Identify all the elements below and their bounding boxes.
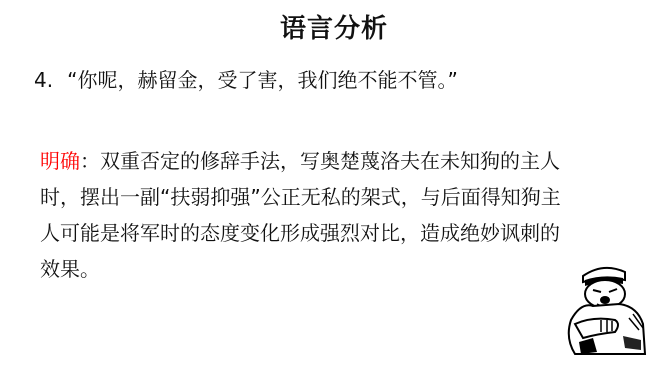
question-quote: “你呢，赫留金，受了害，我们绝不能不管。” [67,68,458,92]
slide-title: 语言分析 [0,8,668,45]
answer-label: 明确 [40,149,80,173]
cartoon-officer-icon [553,258,653,358]
answer-text: 双重否定的修辞手法，写奥楚蔑洛夫在未知狗的主人时，摆出一副“扶弱抑强”公正无私的… [40,149,561,281]
question-number: 4. [34,68,53,92]
answer-separator: ： [80,149,100,173]
cartoon-police-officer-illustration [553,258,653,358]
answer-paragraph: 明确：双重否定的修辞手法，写奥楚蔑洛夫在未知狗的主人时，摆出一副“扶弱抑强”公正… [40,143,565,287]
question-line: 4.“你呢，赫留金，受了害，我们绝不能不管。” [34,64,458,93]
